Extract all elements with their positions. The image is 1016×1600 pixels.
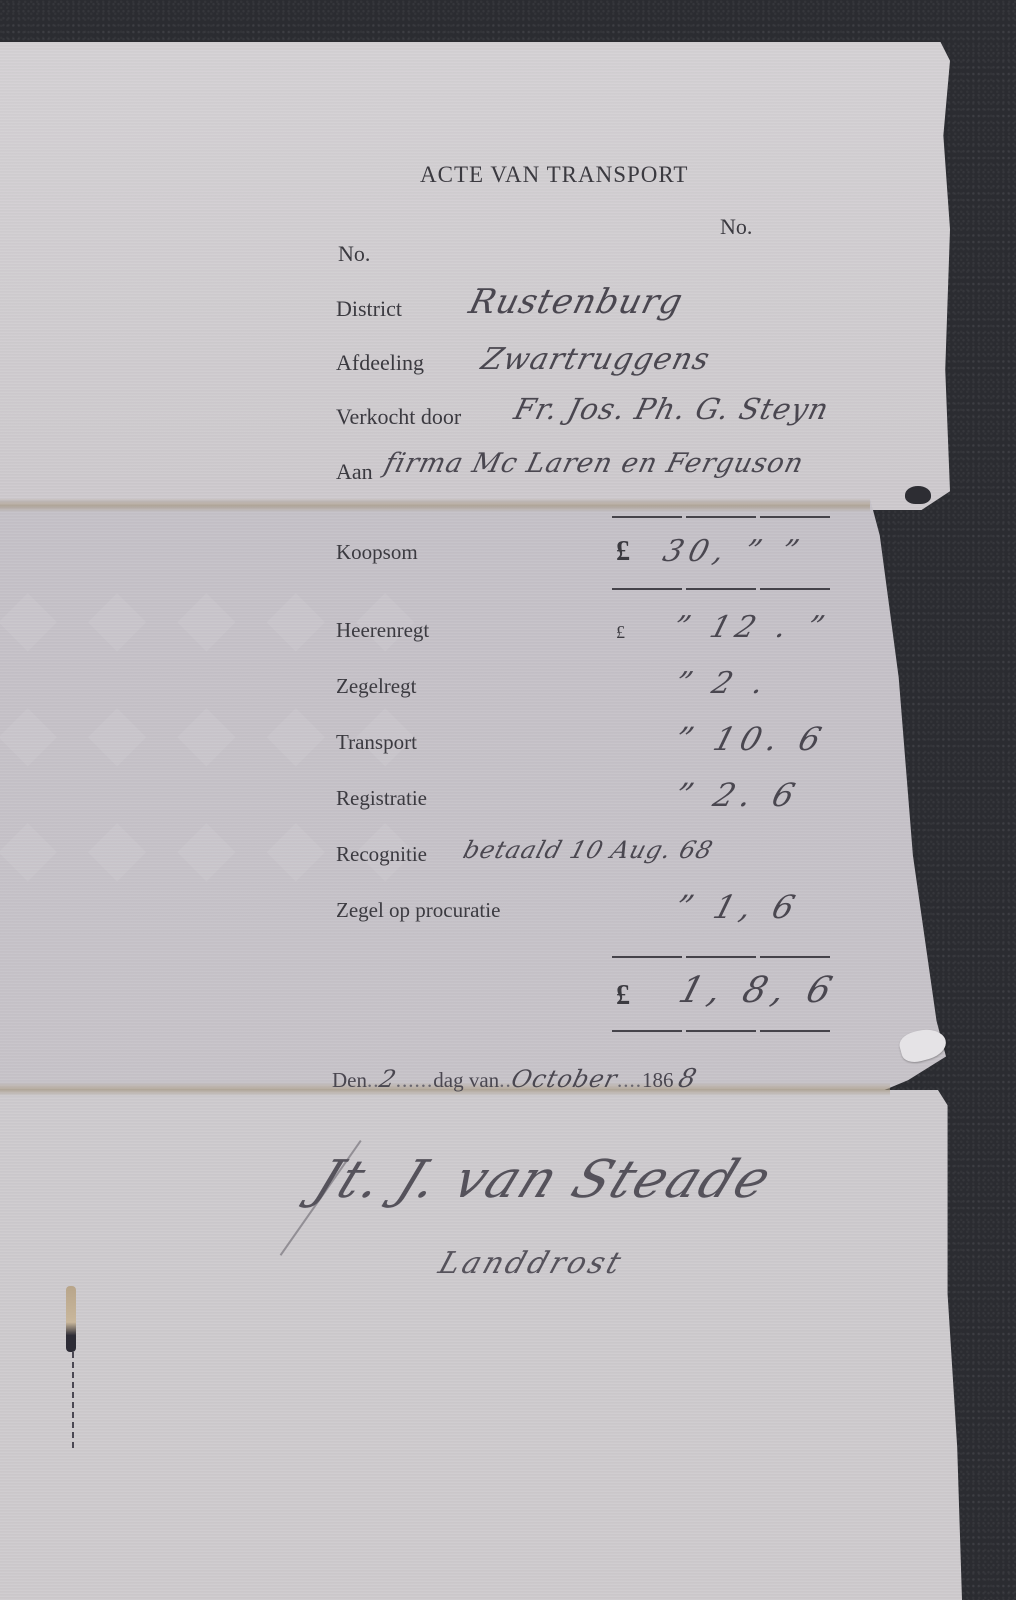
buyer-value: firma Mc Laren en Ferguson bbox=[381, 448, 807, 479]
table-rule bbox=[612, 956, 830, 958]
cost-value: ” 12 . ” bbox=[669, 610, 834, 645]
table-rule bbox=[612, 1030, 830, 1032]
date-year-suffix: 8 bbox=[675, 1064, 700, 1094]
date-year-prefix: 186 bbox=[642, 1068, 674, 1092]
document-panel-top bbox=[0, 42, 950, 510]
cost-label: Recognitie bbox=[336, 842, 427, 867]
document-title: ACTE VAN TRANSPORT bbox=[420, 162, 688, 188]
signature: Jt. J. van Steade bbox=[306, 1150, 782, 1210]
date-prefix: Den bbox=[332, 1068, 367, 1092]
seller-label: Verkocht door bbox=[336, 404, 461, 430]
total-value: 1, 8, 6 bbox=[674, 970, 842, 1011]
afdeeling-value: Zwartruggens bbox=[478, 342, 714, 377]
cost-label: Heerenregt bbox=[336, 618, 429, 643]
paper-hole bbox=[905, 486, 931, 504]
district-label: District bbox=[336, 296, 402, 322]
cost-label: Transport bbox=[336, 730, 417, 755]
cost-value: ” 2 . bbox=[671, 666, 774, 701]
cost-value: 30, ” ” bbox=[659, 534, 809, 569]
date-line: Den..2......dag van..October....186 8 bbox=[332, 1064, 696, 1094]
cost-value: betaald 10 Aug. 68 bbox=[460, 836, 717, 864]
date-middle: dag van bbox=[433, 1068, 499, 1092]
tear-stain bbox=[66, 1286, 76, 1352]
pound-sign-icon: £ bbox=[616, 980, 630, 1012]
cost-value: ” 2. 6 bbox=[671, 776, 805, 814]
buyer-label: Aan bbox=[336, 459, 373, 485]
table-rule bbox=[612, 516, 830, 518]
date-month: October bbox=[508, 1065, 620, 1093]
tear-trail bbox=[72, 1352, 74, 1452]
number-label-left: No. bbox=[338, 241, 370, 267]
pound-sign-icon: £ bbox=[616, 622, 625, 643]
cost-label: Koopsom bbox=[336, 540, 418, 565]
cost-label: Registratie bbox=[336, 786, 427, 811]
paper-fold bbox=[0, 498, 870, 512]
afdeeling-label: Afdeeling bbox=[336, 350, 424, 376]
table-rule bbox=[612, 588, 830, 590]
number-label-right: No. bbox=[720, 214, 752, 240]
pound-sign-icon: £ bbox=[616, 536, 630, 568]
cost-value: ” 10. 6 bbox=[671, 720, 832, 758]
cost-label: Zegelregt bbox=[336, 674, 416, 699]
signature-title: Landdrost bbox=[434, 1246, 628, 1281]
cost-label: Zegel op procuratie bbox=[336, 898, 500, 923]
cost-value: ” 1, 6 bbox=[671, 888, 805, 926]
seller-value: Fr. Jos. Ph. G. Steyn bbox=[511, 392, 833, 426]
district-value: Rustenburg bbox=[465, 282, 687, 322]
